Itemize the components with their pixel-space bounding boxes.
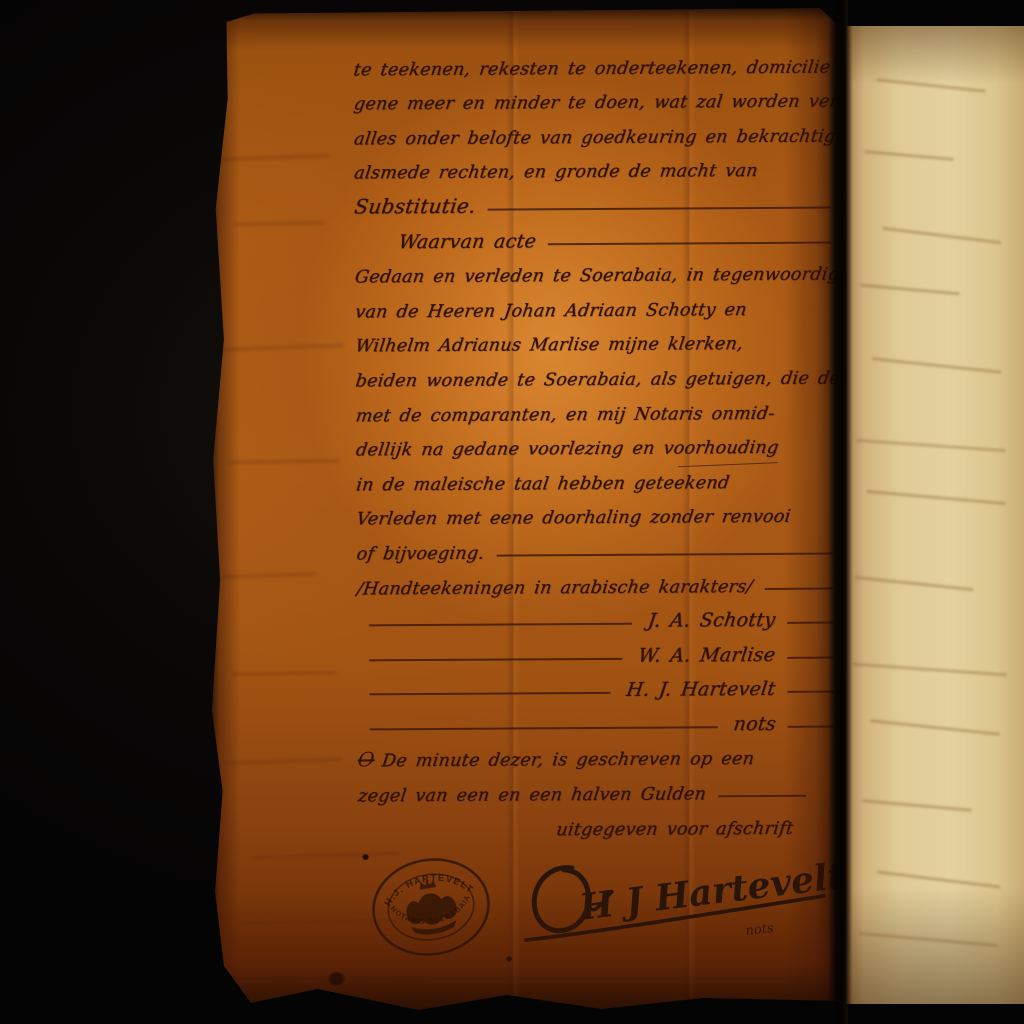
handwritten-line: Verleden met eene doorhaling zonder renv…: [356, 492, 834, 530]
handwritten-line: Gedaan en verleden te Soerabaia, in tege…: [355, 250, 833, 288]
bleed-through-mark: [224, 758, 342, 765]
bleed-through-mark: [852, 663, 1007, 676]
next-page: [846, 26, 1024, 1004]
handwritten-text: De minute dezer, is geschreven op een: [380, 749, 755, 771]
handwritten-line: beiden wonende te Soerabaia, als getuige…: [355, 354, 833, 392]
ink-rule: [765, 587, 833, 589]
binding-shadow: [846, 26, 853, 1004]
bleed-through-mark: [222, 154, 330, 161]
handwritten-text: met de comparanten, en mij Notaris onmid…: [354, 403, 775, 426]
witness-signature: W. A. Marlise: [637, 644, 777, 667]
notary-abbreviation: nots: [732, 713, 777, 735]
handwritten-line: alsmede rechten, en gronde de macht van: [354, 146, 832, 184]
handwritten-text: Verleden met eene doorhaling zonder renv…: [355, 507, 792, 530]
bleed-through-mark: [234, 221, 324, 226]
bleed-through-mark: [876, 870, 1000, 888]
handwritten-line: alles onder belofte van goedkeuring en b…: [354, 112, 832, 150]
signature-line: W. A. Marlise: [357, 631, 835, 669]
handwritten-text: beiden wonende te Soerabaia, als getuige…: [354, 368, 861, 391]
handwritten-text: of bijvoeging.: [355, 544, 485, 565]
ink-rule: [787, 656, 833, 658]
bleed-through-mark: [882, 227, 1001, 244]
notary-stamp: H.J. HARTEVELT NOTARIS SOERABAIA: [360, 845, 501, 969]
bleed-through-mark: [870, 719, 1000, 735]
handwritten-text: alsmede rechten, en gronde de macht van: [353, 161, 759, 183]
handwritten-text: Gedaan en verleden te Soerabaia, in tege…: [354, 264, 881, 287]
handwritten-text: van de Heeren Johan Adriaan Schotty en: [354, 300, 748, 322]
handwritten-text: alles onder belofte van goedkeuring en b…: [353, 126, 866, 149]
handwritten-line: Wilhelm Adrianus Marlise mijne klerken,: [355, 319, 833, 357]
ink-rule: [370, 726, 718, 730]
bleed-through-mark: [220, 572, 316, 578]
handwritten-text: zegel van een en een halven Gulden: [357, 784, 708, 806]
bleed-through-mark: [864, 150, 954, 160]
bleed-through-mark: [866, 490, 1006, 505]
deed-page: te teekenen, rekesten te onderteekenen, …: [210, 8, 842, 1012]
handwritten-line: Substitutie.: [354, 181, 832, 219]
bleed-through-mark: [872, 357, 1002, 373]
handwritten-text-block: te teekenen, rekesten te onderteekenen, …: [354, 43, 837, 842]
ink-rule: [718, 795, 806, 798]
ink-rule: [548, 241, 831, 245]
bleed-through-mark: [854, 576, 974, 591]
bleed-through-mark: [862, 799, 972, 811]
handwritten-text: gene meer en minder te doen, wat zal wor…: [353, 91, 895, 114]
handwritten-line: ODe minute dezer, is geschreven op een: [358, 734, 836, 772]
ink-rule: [488, 207, 831, 211]
paraph-mark: O: [356, 748, 376, 772]
bleed-through-mark: [860, 284, 960, 295]
ink-rule: [369, 658, 622, 662]
big-signature-title: nots: [745, 921, 775, 939]
handwritten-text: Wilhelm Adrianus Marlise mijne klerken,: [354, 334, 744, 356]
notary-signature-name: H. J. Hartevelt: [625, 678, 777, 701]
handwritten-line: zegel van een en een halven Gulden: [358, 769, 836, 807]
witness-signature: J. A. Schotty: [646, 609, 776, 632]
handwritten-line: Waarvan acte: [355, 216, 833, 254]
bleed-through-mark: [858, 932, 998, 947]
signature-line: J. A. Schotty: [357, 596, 835, 634]
bleed-through-mark: [856, 439, 1006, 452]
handwritten-line: dellijk na gedane voorlezing en voorhoud…: [356, 423, 834, 461]
big-signature-name: H J Hartevelt: [576, 855, 838, 929]
bleed-through-mark: [250, 852, 400, 859]
handwritten-line: van de Heeren Johan Adriaan Schotty en: [355, 285, 833, 323]
handwritten-line: te teekenen, rekesten te onderteekenen, …: [354, 43, 832, 81]
ink-rule: [369, 623, 632, 627]
handwritten-line: met de comparanten, en mij Notaris onmid…: [356, 388, 834, 426]
ink-spot: [328, 972, 345, 986]
bleed-through-mark: [876, 78, 986, 92]
handwritten-text: dellijk na gedane voorlezing en voorhoud…: [355, 438, 780, 461]
handwritten-line: of bijvoeging.: [357, 527, 835, 565]
ink-spot: [506, 956, 512, 962]
handwritten-line: gene meer en minder te doen, wat zal wor…: [354, 77, 832, 115]
handwritten-text: in de maleische taal hebben geteekend: [355, 473, 731, 495]
ink-rule: [370, 692, 611, 695]
notary-flourish-signature: H J Hartevelt nots: [518, 834, 838, 954]
ink-rule: [788, 691, 834, 693]
bleed-through-mark: [218, 344, 344, 351]
handwritten-text: /Handteekeningen in arabische karakters/: [356, 577, 754, 599]
signature-line: nots: [358, 700, 836, 738]
ink-rule: [496, 552, 832, 556]
handwritten-line: /Handteekeningen in arabische karakters/: [357, 561, 835, 599]
ink-rule: [787, 622, 833, 624]
bleed-through-mark: [228, 459, 340, 464]
ink-rule: [788, 725, 834, 727]
ink-spot: [362, 854, 369, 860]
signature-line: H. J. Hartevelt: [357, 665, 835, 703]
bleed-through-mark: [270, 973, 430, 982]
handwritten-line: in de maleische taal hebben geteekend: [356, 458, 834, 496]
bleed-through-mark: [232, 671, 336, 676]
book-gutter: [828, 0, 848, 1024]
handwritten-text: Waarvan acte: [397, 230, 537, 253]
handwritten-text: Substitutie.: [353, 194, 477, 219]
